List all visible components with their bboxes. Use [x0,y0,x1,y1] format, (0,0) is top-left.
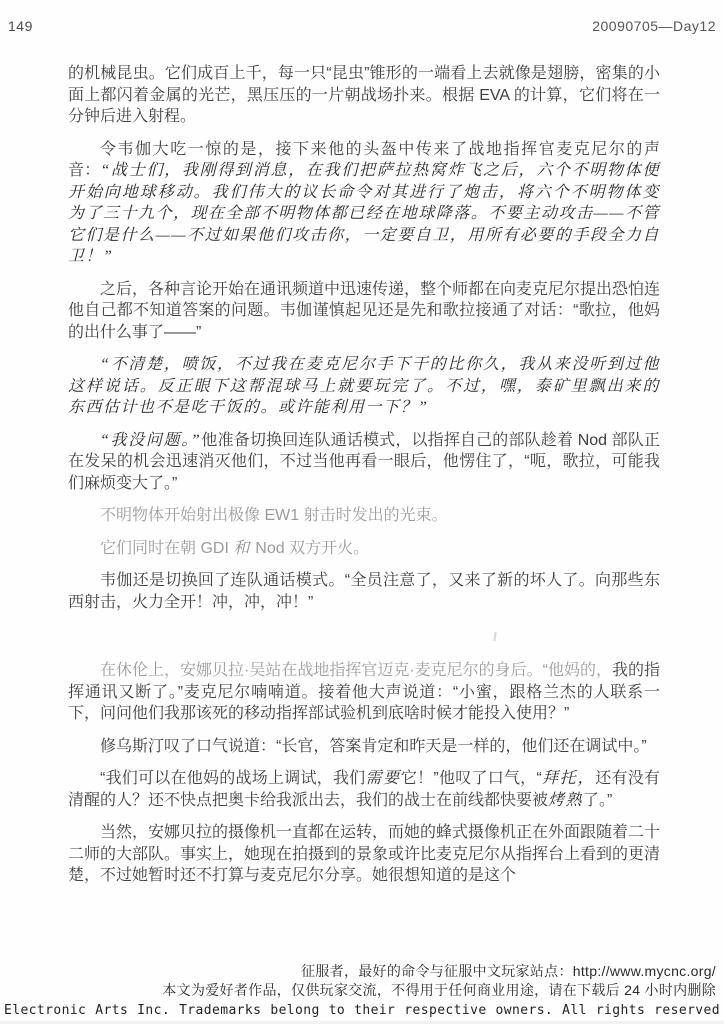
footer-copyright-line: Electronic Arts Inc. Trademarks belong t… [0,1001,724,1021]
text-segment: 当然，安娜贝拉的摄像机一直都在运转，而她的蜂式摄像机正在外面跟随着二十二师的大部… [68,824,660,884]
text-segment: 的机械昆虫。它们成百上千，每一只“昆虫”锥形的一端看上去就像是翅膀，密集的小面上… [68,65,660,125]
text-segment: 韦伽还是切换回了连队通话模式。“全员注意了，又来了新的坏人了。向那些东西射击，火… [68,572,660,611]
footer-site-line: 征服者，最好的命令与征服中文玩家站点：http://www.mycnc.org/ [0,962,724,982]
paragraph: 它们同时在朝 GDI 和 Nod 双方开火。 [68,538,660,560]
paragraph: “我们可以在他妈的战场上调试，我们需要它！”他叹了口气，“拜托，还有没有清醒的人… [68,768,660,811]
text-segment: 不明物体开始射出极像 EW1 射击时发出的光束。 [100,507,448,524]
text-segment: 需要 [365,770,400,787]
text-segment: “我没问题。” [100,432,201,449]
text-segment: 和 [233,540,251,557]
footer-disclaimer-line: 本文为爱好者作品，仅供玩家交流，不得用于任何商业用途，请在下载后 24 小时内删… [0,981,724,1001]
paragraph: 不明物体开始射出极像 EW1 射击时发出的光束。 [68,505,660,527]
document-body: 的机械昆虫。它们成百上千，每一只“昆虫”锥形的一端看上去就像是翅膀，密集的小面上… [68,63,660,898]
paragraph: 韦伽还是切换回了连队通话模式。“全员注意了，又来了新的坏人了。向那些东西射击，火… [68,570,660,613]
paragraph: “不清楚，喷饭，不过我在麦克尼尔手下干的比你久，我从来没听到过他这样说话。反正眼… [68,354,660,419]
paragraph: “我没问题。”他准备切换回连队通话模式，以指挥自己的部队趁着 Nod 部队正在发… [68,430,660,495]
chapter-date-tag: 20090705—Day12 [592,18,716,34]
paragraph: 令韦伽大吃一惊的是，接下来他的头盔中传来了战地指挥官麦克尼尔的声音：“战士们，我… [68,139,660,268]
page-header: 149 20090705—Day12 [0,18,724,40]
paragraph: 之后，各种言论开始在通讯频道中迅速传递，整个师都在向麦克尼尔提出恐怕连他自己都不… [68,279,660,344]
document-page: 149 20090705—Day12 的机械昆虫。它们成百上千，每一只“昆虫”锥… [0,0,724,1024]
scene-break-mark [68,624,660,650]
paragraph: 的机械昆虫。它们成百上千，每一只“昆虫”锥形的一端看上去就像是翅膀，密集的小面上… [68,63,660,128]
paragraph: 在休伦上，安娜贝拉·吴站在战地指挥官迈克·麦克尼尔的身后。“他妈的，我的指挥通讯… [68,660,660,725]
text-segment: 在休伦上，安娜贝拉·吴站在战地指挥官迈克·麦克尼尔的身后。“他妈的， [100,662,612,679]
text-segment: 烤熟 [548,792,583,809]
text-segment: “我们可以在他妈的战场上调试，我们 [100,770,365,787]
text-segment: “战士们，我刚得到消息，在我们把萨拉热窝炸飞之后，六个不明物体便开始向地球移动。… [68,162,660,265]
paragraph: 当然，安娜贝拉的摄像机一直都在运转，而她的蜂式摄像机正在外面跟随着二十二师的大部… [68,822,660,887]
text-segment: Nod 双方开火。 [251,540,369,557]
text-segment: 了。” [583,792,612,809]
text-segment: 它们同时在朝 GDI [100,540,233,557]
page-number: 149 [8,18,33,34]
text-segment: 修乌斯汀叹了口气说道：“长官，答案肯定和昨天是一样的，他们还在调试中。” [100,738,647,755]
page-footer: 征服者，最好的命令与征服中文玩家站点：http://www.mycnc.org/… [0,962,724,1021]
text-segment: 之后，各种言论开始在通讯频道中迅速传递，整个师都在向麦克尼尔提出恐怕连他自己都不… [68,281,660,341]
paragraph: 修乌斯汀叹了口气说道：“长官，答案肯定和昨天是一样的，他们还在调试中。” [68,736,660,758]
text-segment: 它！”他叹了口气，“ [401,770,542,787]
text-segment: 拜托， [542,770,595,787]
text-segment: “不清楚，喷饭，不过我在麦克尼尔手下干的比你久，我从来没听到过他这样说话。反正眼… [68,356,660,416]
